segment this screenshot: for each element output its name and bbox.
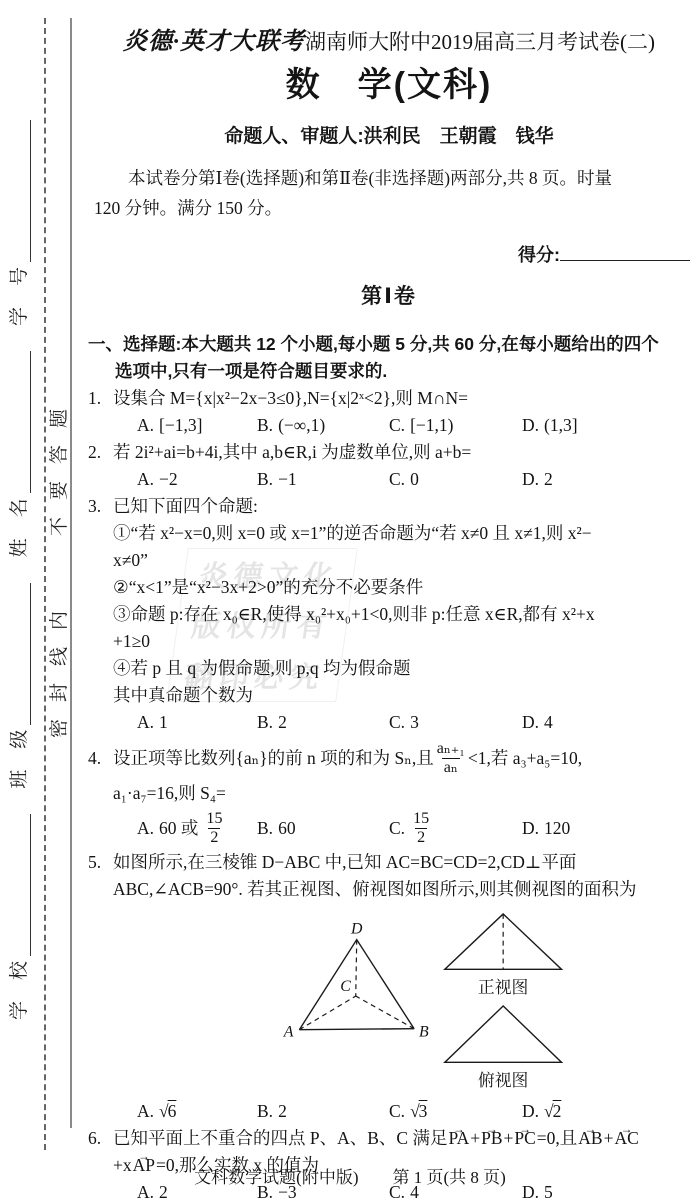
vector-ac: AC [614, 1125, 638, 1152]
question-3-number: 3. [88, 493, 113, 520]
exam-paper-page: 学 校 班 级 姓 名 学 号 密封线内 不要答题 炎德文化 版权所有 翻印必究… [0, 0, 700, 1203]
vector-pa: PA [448, 1125, 469, 1152]
question-3-item-1-cont: x≠0” [113, 547, 690, 574]
question-5-text-cont: ABC,∠ACB=90°. 若其正视图、俯视图如图所示,则其侧视图的面积为 [113, 876, 690, 903]
question-6-number: 6. [88, 1125, 113, 1152]
question-5-number: 5. [88, 849, 113, 876]
student-info-fields: 学 校 班 级 姓 名 学 号 [0, 120, 34, 1020]
seal-warning-group2: 不要答题 [44, 392, 71, 536]
option-a: A.1 [137, 709, 257, 736]
tetrahedron-and-views-diagram: D C A B 正视图 俯视图 [265, 908, 585, 1096]
intro-paragraph: 本试卷分第Ⅰ卷(选择题)和第Ⅱ卷(非选择题)两部分,共 8 页。时量 120 分… [88, 163, 690, 223]
field-class: 班 级 [4, 583, 31, 789]
question-1: 1.设集合 M={x|x²−2x−3≤0},N={x|2ˣ<2},则 M∩N= … [88, 385, 690, 439]
question-5: 5.如图所示,在三棱锥 D−ABC 中,已知 AC=BC=CD=2,CD⊥平面 … [88, 849, 690, 1125]
option-c: C.0 [389, 466, 522, 493]
question-2-text: 2.若 2i²+ai=b+4i,其中 a,b∈R,i 为虚数单位,则 a+b= [113, 439, 690, 466]
question-3: 3.已知下面四个命题: ①“若 x²−x=0,则 x=0 或 x=1”的逆否命题… [88, 493, 690, 736]
option-c: C.[−1,1) [389, 412, 522, 439]
fraction: aₙ₊₁aₙ [437, 740, 465, 776]
part1-heading: 第Ⅰ卷 [88, 283, 690, 311]
option-b: B.2 [257, 1098, 389, 1125]
option-a: A.√6 [137, 1098, 257, 1125]
score-blank [560, 242, 690, 261]
option-b: B.2 [257, 709, 389, 736]
question-3-item-4: ④若 p 且 q 为假命题,则 p,q 均为假命题 [113, 655, 690, 682]
page-footer: 文科数学试题(附中版) 第 1 页(共 8 页) [0, 1163, 700, 1188]
exam-brand: 炎德·英才大联考 [123, 29, 305, 55]
field-school-label: 学 校 [4, 960, 31, 1020]
fraction: 152 [206, 810, 222, 846]
option-d: D.√2 [522, 1098, 690, 1125]
field-class-label: 班 级 [4, 729, 31, 789]
field-school-blank [14, 814, 31, 956]
question-5-options: A.√6 B.2 C.√3 D.√2 [113, 1098, 690, 1125]
question-3-item-3: ③命题 p:存在 x₀∈R,使得 x₀²+x₀+1<0,则非 p:任意 x∈R,… [113, 601, 690, 628]
question-4-options: A.60 或152 B.60 C.152 D.120 [113, 807, 690, 849]
question-4-text-cont: a₁·a₇=16,则 S₄= [113, 780, 690, 807]
field-student-number-label: 学 号 [4, 266, 31, 326]
vector-pb: PB [481, 1125, 502, 1152]
field-name-label: 姓 名 [4, 497, 31, 557]
question-5-figure: D C A B 正视图 俯视图 [265, 908, 585, 1096]
intro-line-2: 120 分钟。满分 150 分。 [88, 193, 690, 223]
option-b: B.60 [257, 815, 389, 842]
option-d: D.120 [522, 815, 690, 842]
seal-warning-group1: 密封线内 [44, 594, 71, 738]
front-view-label: 正视图 [478, 978, 528, 997]
question-3-item-3-cont: +1≥0 [113, 628, 690, 655]
paper-title: 数 学(文科) [88, 65, 690, 105]
sqrt-expression: √6 [159, 1098, 176, 1125]
exam-header: 炎德·英才大联考湖南师大附中2019届高三月考试卷(二) [88, 26, 690, 59]
main-content: 炎德·英才大联考湖南师大附中2019届高三月考试卷(二) 数 学(文科) 命题人… [88, 0, 690, 1203]
field-name: 姓 名 [4, 351, 31, 557]
field-student-number: 学 号 [4, 120, 31, 326]
section-instructions-line-1: 一、选择题:本大题共 12 个小题,每小题 5 分,共 60 分,在每小题给出的… [88, 331, 690, 358]
question-2: 2.若 2i²+ai=b+4i,其中 a,b∈R,i 为虚数单位,则 a+b= … [88, 439, 690, 493]
field-name-blank [14, 351, 31, 493]
authors-line: 命题人、审题人:洪利民 王朝霞 钱华 [88, 125, 690, 149]
vertex-label-b: B [419, 1024, 429, 1041]
option-a: A.60 或152 [137, 810, 257, 846]
question-3-item-2: ②“x<1”是“x²−3x+2>0”的充分不必要条件 [113, 574, 690, 601]
question-6-text: 6.已知平面上不重合的四点 P、A、B、C 满足PA+PB+PC=0,且AB+A… [113, 1125, 690, 1152]
question-3-options: A.1 B.2 C.3 D.4 [113, 709, 690, 736]
option-c: C.152 [389, 810, 522, 846]
field-class-blank [14, 583, 31, 725]
score-label: 得分: [518, 245, 560, 265]
question-1-text: 1.设集合 M={x|x²−2x−3≤0},N={x|2ˣ<2},则 M∩N= [113, 385, 690, 412]
seal-warning-text: 密封线内 不要答题 [40, 350, 74, 780]
intro-line-1: 本试卷分第Ⅰ卷(选择题)和第Ⅱ卷(非选择题)两部分,共 8 页。时量 [88, 163, 690, 193]
question-3-text: 3.已知下面四个命题: [113, 493, 690, 520]
question-4-text: 4.设正项等比数列{aₙ}的前 n 项的和为 Sₙ,且aₙ₊₁aₙ<1,若 a₃… [113, 736, 690, 780]
vertex-label-a: A [283, 1024, 294, 1041]
question-3-closing: 其中真命题个数为 [113, 682, 690, 709]
option-a: A.−2 [137, 466, 257, 493]
section-instructions: 一、选择题:本大题共 12 个小题,每小题 5 分,共 60 分,在每小题给出的… [88, 331, 690, 385]
question-2-options: A.−2 B.−1 C.0 D.2 [113, 466, 690, 493]
vector-pc: PC [514, 1125, 535, 1152]
question-1-number: 1. [88, 385, 113, 412]
question-3-item-1: ①“若 x²−x=0,则 x=0 或 x=1”的逆否命题为“若 x≠0 且 x≠… [113, 520, 690, 547]
option-d: D.(1,3] [522, 412, 690, 439]
question-1-options: A.[−1,3] B.(−∞,1) C.[−1,1) D.(1,3] [113, 412, 690, 439]
option-b: B.(−∞,1) [257, 412, 389, 439]
field-student-number-blank [14, 120, 31, 262]
score-row: 得分: [88, 241, 690, 265]
top-view-label: 俯视图 [478, 1071, 528, 1090]
question-4: 4.设正项等比数列{aₙ}的前 n 项的和为 Sₙ,且aₙ₊₁aₙ<1,若 a₃… [88, 736, 690, 849]
sqrt-expression: √2 [544, 1098, 561, 1125]
fraction: 152 [413, 810, 429, 846]
option-a: A.[−1,3] [137, 412, 257, 439]
exam-name: 湖南师大附中2019届高三月考试卷(二) [305, 30, 655, 54]
field-school: 学 校 [4, 814, 31, 1020]
vertex-label-d: D [350, 921, 363, 938]
section-instructions-line-2: 选项中,只有一项是符合题目要求的. [88, 358, 690, 385]
option-d: D.4 [522, 709, 690, 736]
vector-ab: AB [578, 1125, 602, 1152]
option-c: C.3 [389, 709, 522, 736]
vertex-label-c: C [340, 978, 351, 995]
option-b: B.−1 [257, 466, 389, 493]
question-5-text: 5.如图所示,在三棱锥 D−ABC 中,已知 AC=BC=CD=2,CD⊥平面 [113, 849, 690, 876]
question-2-number: 2. [88, 439, 113, 466]
option-d: D.2 [522, 466, 690, 493]
sqrt-expression: √3 [410, 1098, 427, 1125]
question-4-number: 4. [88, 745, 113, 772]
